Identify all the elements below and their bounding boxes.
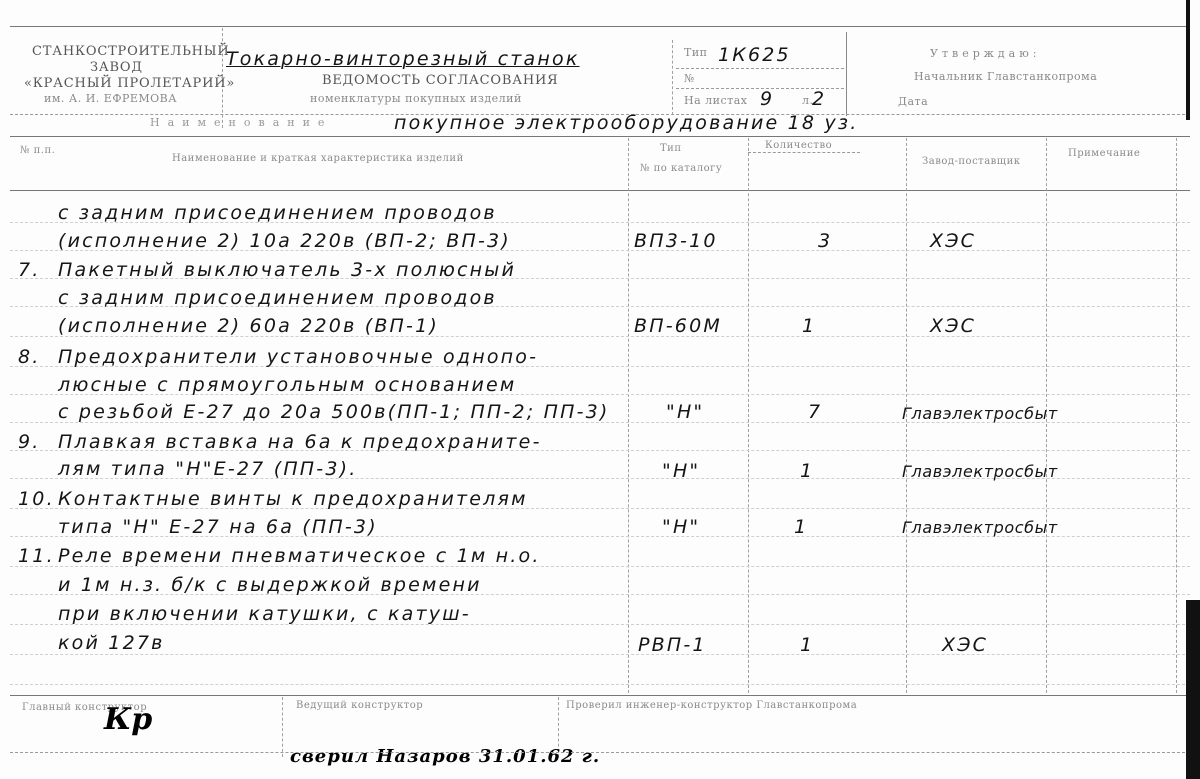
row-text: Предохранители установочные однопо-: [58, 346, 538, 368]
row-qty: 1: [794, 516, 808, 538]
row-text: Реле времени пневматическое с 1м н.о.: [58, 545, 541, 567]
verification-signature: сверил Назаров 31.01.62 г.: [290, 746, 600, 767]
plant-name-line3: «КРАСНЫЙ ПРОЛЕТАРИЙ»: [24, 76, 235, 91]
row-type: ВП3-10: [634, 230, 718, 252]
ruled-line: [10, 684, 1190, 685]
ruled-line: [10, 654, 1190, 655]
row-qty: 1: [802, 315, 816, 337]
header-bottom-border: [10, 190, 1190, 191]
row-type: "Н": [662, 516, 700, 538]
footer-top-border: [10, 695, 1190, 696]
machine-type: 1К625: [718, 44, 791, 66]
row-supplier: ХЭС: [930, 315, 976, 337]
row-number: 9.: [18, 431, 41, 453]
sheets-count: 9: [760, 88, 774, 110]
approve-by: Начальник Главстанкопрома: [914, 70, 1097, 83]
row-supplier: ХЭС: [930, 230, 976, 252]
col-name-header: Наименование и краткая характеристика из…: [172, 153, 464, 164]
document-title: ВЕДОМОСТЬ СОГЛАСОВАНИЯ: [322, 73, 558, 88]
row-supplier: Главэлектросбыт: [902, 462, 1058, 481]
row-text: с задним присоединением проводов: [58, 202, 497, 224]
row-number: 7.: [18, 259, 41, 281]
divider: [748, 152, 860, 153]
row-text: Пакетный выключатель 3-х полюсный: [58, 259, 516, 281]
category-value: покупное электрооборудование 18 уз.: [394, 112, 858, 134]
row-text: типа "Н" Е-27 на 6а (ПП-3): [58, 516, 378, 538]
category-label: Наименование: [150, 116, 332, 129]
top-border: [10, 26, 1190, 27]
scan-edge: [1186, 0, 1190, 120]
row-text: Плавкая вставка на 6а к предохраните-: [58, 431, 542, 453]
divider: [10, 752, 1190, 753]
row-text: при включении катушки, с катуш-: [58, 603, 471, 625]
plant-name-line1: СТАНКОСТРОИТЕЛЬНЫЙ: [32, 44, 230, 59]
col-type-header: Тип: [660, 143, 682, 154]
divider: [676, 68, 844, 69]
row-text: люсные с прямоугольным основанием: [58, 374, 516, 396]
row-supplier: Главэлектросбыт: [902, 518, 1058, 537]
checked-by-label: Проверил инженер-конструктор Главстанкоп…: [566, 700, 857, 711]
col-supplier-header: Завод-поставщик: [922, 156, 1021, 167]
number-label: №: [684, 72, 695, 85]
row-text: (исполнение 2) 10а 220в (ВП-2; ВП-3): [58, 230, 511, 252]
row-qty: 1: [800, 634, 814, 656]
machine-name: Токарно-винторезный станок: [226, 48, 580, 70]
plant-name-line4: им. А. И. ЕФРЕМОВА: [44, 92, 177, 105]
lead-designer-label: Ведущий конструктор: [296, 700, 423, 711]
col-num-header: № п.п.: [20, 145, 55, 156]
plant-name-line2: ЗАВОД: [90, 60, 143, 75]
chief-designer-signature: Кр: [104, 702, 152, 737]
row-qty: 3: [818, 230, 832, 252]
row-text: Контактные винты к предохранителям: [58, 488, 528, 510]
sheets-label: На листах: [684, 94, 747, 107]
row-type: "Н": [666, 401, 704, 423]
row-supplier: ХЭС: [942, 634, 988, 656]
row-qty: 1: [800, 460, 814, 482]
row-text: (исполнение 2) 60а 220в (ВП-1): [58, 315, 439, 337]
row-supplier: Главэлектросбыт: [902, 404, 1058, 423]
date-label: Дата: [898, 95, 928, 108]
document-subtitle: номенклатуры покупных изделий: [310, 92, 522, 105]
row-text: с резьбой Е-27 до 20а 500в(ПП-1; ПП-2; П…: [58, 401, 610, 423]
row-qty: 7: [808, 401, 822, 423]
type-label: Тип: [684, 46, 708, 59]
divider: [10, 136, 1190, 137]
row-number: 11.: [18, 545, 55, 567]
row-type: РВП-1: [638, 634, 707, 656]
row-type: "Н": [662, 460, 700, 482]
col-catalog-header: № по каталогу: [640, 163, 722, 174]
row-text: и 1м н.з. б/к с выдержкой времени: [58, 574, 482, 596]
row-text: с задним присоединением проводов: [58, 287, 497, 309]
sheet-number: 2: [812, 88, 826, 110]
scan-edge: [1186, 600, 1200, 779]
footer-divider: [282, 697, 283, 757]
row-text: лям типа "Н"Е-27 (ПП-3).: [58, 458, 358, 480]
row-number: 8.: [18, 346, 41, 368]
scanned-document-page: СТАНКОСТРОИТЕЛЬНЫЙ ЗАВОД «КРАСНЫЙ ПРОЛЕТ…: [0, 0, 1200, 779]
row-text: кой 127в: [58, 632, 165, 654]
row-type: ВП-60М: [634, 315, 722, 337]
header-divider: [672, 40, 673, 115]
header-divider: [846, 32, 847, 116]
col-note-header: Примечание: [1068, 148, 1140, 159]
row-number: 10.: [18, 488, 55, 510]
col-qty-header: Количество: [765, 140, 832, 151]
approve-label: Утверждаю:: [930, 47, 1041, 60]
